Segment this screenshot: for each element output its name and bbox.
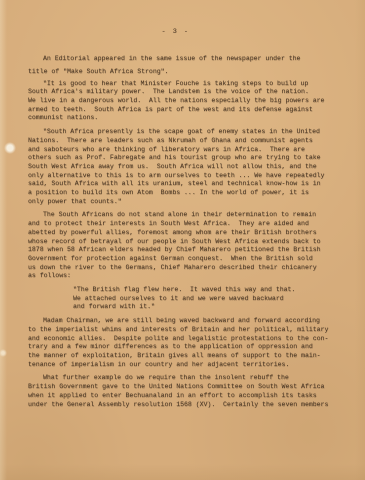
text-line: and saboteurs who are thinking of libera… — [28, 146, 341, 155]
maharero-quote-block: "The British flag flew here. It waved th… — [73, 286, 341, 312]
text-line: Madam Chairman, we are still being waved… — [28, 317, 341, 326]
text-line: only power that counts." — [28, 198, 341, 207]
intro-paragraph: An Editorial appeared in the same issue … — [28, 53, 341, 79]
text-line: Nations. There are leaders such as Nkrum… — [28, 137, 341, 146]
text-line: tenance of imperialism in our country an… — [28, 361, 341, 370]
text-line: "South Africa presently is the scape goa… — [28, 128, 341, 137]
text-line: The South Africans do not stand alone in… — [28, 211, 341, 220]
text-line: as follows: — [28, 272, 341, 281]
text-line: whose record of betrayal of our people i… — [28, 238, 341, 247]
text-line: others such as Prof. Fabregate and his t… — [28, 154, 341, 163]
text-line: "It is good to hear that Minister Fouche… — [28, 80, 341, 89]
text-line: said, South Africa with all its uranium,… — [28, 180, 341, 189]
text-line: An Editorial appeared in the same issue … — [28, 53, 341, 66]
editorial-quote-paragraph-1: "It is good to hear that Minister Fouche… — [28, 80, 341, 124]
text-line: to the imperialist whims and interests o… — [28, 326, 341, 335]
text-line: and economic allies. Despite polite and … — [28, 335, 341, 344]
text-line: abetted by powerful allies, foremost amo… — [28, 229, 341, 238]
text-line: trary and a few minor differences as to … — [28, 343, 341, 352]
text-line: when it applied to enter Bechuanaland in… — [28, 392, 341, 401]
document-body: An Editorial appeared in the same issue … — [28, 53, 341, 414]
text-line: us down the river to the Germans, Chief … — [28, 264, 341, 273]
document-page: - 3 - An Editorial appeared in the same … — [0, 0, 365, 480]
text-line: South Africa's military power. The Lands… — [28, 88, 341, 97]
page-number: - 3 - — [0, 28, 351, 36]
text-line: "The British flag flew here. It waved th… — [73, 286, 341, 295]
text-line: 1878 when 58 African elders headed by Ch… — [28, 246, 341, 255]
text-line: communist nations. — [28, 114, 341, 123]
body-paragraph-madam-chairman: Madam Chairman, we are still being waved… — [28, 317, 341, 369]
body-paragraph-british-allies: The South Africans do not stand alone in… — [28, 211, 341, 281]
text-line: a position to build its own Atom Bombs .… — [28, 189, 341, 198]
text-line: title of "Make South Africa Strong". — [28, 66, 341, 79]
text-line: We live in a dangerous world. All the na… — [28, 97, 341, 106]
text-line: Government for protection against German… — [28, 255, 341, 264]
text-line: What further example do we require than … — [28, 374, 341, 383]
text-line: British Government gave to the United Na… — [28, 383, 341, 392]
text-line: South West Africa away from us. South Af… — [28, 163, 341, 172]
body-paragraph-un-rebuff: What further example do we require than … — [28, 374, 341, 409]
text-line: and to protect their interests in South … — [28, 220, 341, 229]
editorial-quote-paragraph-2: "South Africa presently is the scape goa… — [28, 128, 341, 206]
text-line: the manner of exploitation, Britain give… — [28, 352, 341, 361]
text-line: under the General Assembly resolution 15… — [28, 401, 341, 410]
text-line: and forward with it." — [73, 303, 341, 312]
